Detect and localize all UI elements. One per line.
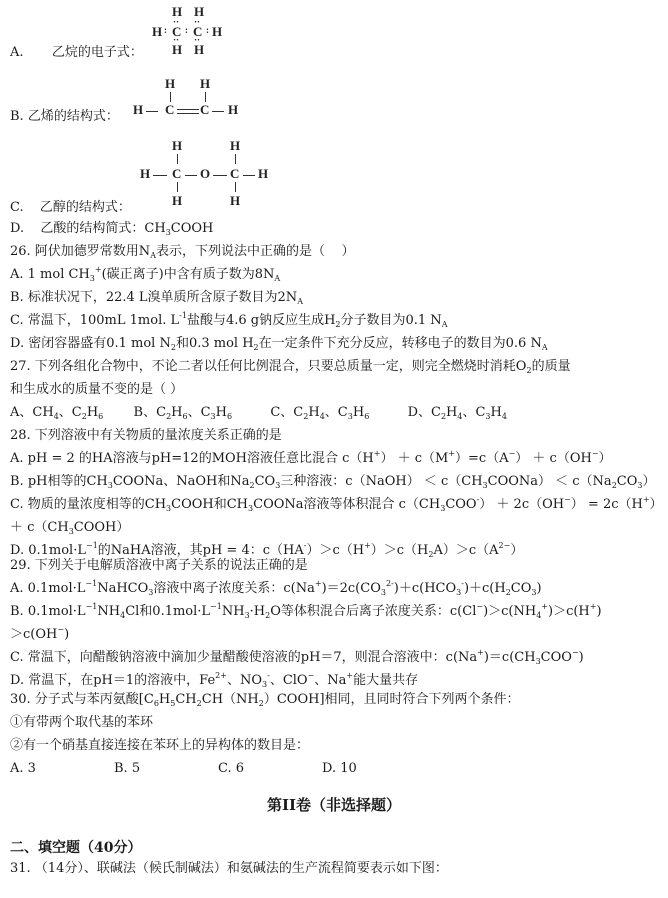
q27-option-b: B、C2H6、C3H6 (134, 405, 233, 420)
q28-option-a: A. pH = 2 的HA溶液与pH=12的MOH溶液任意比混合 c（H+） ＋… (10, 450, 612, 468)
option-d-acetic-acid: D. 乙酸的结构简式：CH3COOH (10, 220, 213, 238)
q27-options: A、CH4、C2H6 B、C2H6、C3H6 C、C2H4、C3H6 D、C2H… (10, 404, 507, 422)
q28-option-c-line2: ＋ c（CH3COOH） (10, 519, 129, 537)
q28-option-c-line1: C. 物质的量浓度相等的CH3COOH和CH3COONa溶液等体积混合 c（CH… (10, 496, 663, 514)
option-b-text: 乙烯的结构式： (28, 109, 119, 124)
q30-option-b: B. 5 (114, 760, 218, 778)
part2-title: 第II卷（非选择题） (0, 794, 668, 815)
q31-stem: 31. （14分）、联碱法（候氏制碱法）和氨碱法的生产流程简要表示如下图： (10, 860, 448, 878)
option-a-text: 乙烷的电子式： (52, 45, 143, 60)
option-c-label: C. (10, 200, 24, 215)
q30-option-a: A. 3 (10, 760, 114, 778)
q27-stem-line2: 和生成水的质量不变的是（ ） (10, 381, 183, 399)
q30-options: A. 3B. 5C. 6D. 10 (10, 760, 357, 778)
q29-option-d: D. 常温下，在pH＝1的溶液中，Fe2+、NO3-、ClO−、Na+能大量共存 (10, 672, 418, 690)
option-b-label: B. (10, 109, 24, 124)
q29-option-c: C. 常温下，向醋酸钠溶液中滴加少量醋酸使溶液的pH＝7，则混合溶液中：c(Na… (10, 649, 584, 667)
q30-option-d: D. 10 (322, 761, 357, 776)
q27-option-a: A、CH4、C2H6 (10, 405, 103, 420)
q27-option-c: C、C2H4、C3H6 (270, 405, 369, 420)
q30-condition-2: ②有一个硝基直接连接在苯环上的异构体的数目是： (10, 737, 309, 755)
q26-option-a: A. 1 mol CH3+(碳正离子)中含有质子数为8NA (10, 266, 280, 284)
q29-stem: 29. 下列关于电解质溶液中离子关系的说法正确的是 (10, 557, 308, 575)
q28-option-b: B. pH相等的CH3COONa、NaOH和Na2CO3三种溶液：c（NaOH）… (10, 473, 656, 491)
q26-option-c: C. 常温下，100mL 1mol. L-1盐酸与4.6 g钠反应生成H2分子数… (10, 312, 447, 330)
option-a-label: A. (10, 45, 24, 60)
ethanol-structural-formula: HH H C O C H HH (140, 138, 280, 210)
q30-option-c: C. 6 (218, 760, 322, 778)
q26-option-b: B. 标准状况下，22.4 L溴单质所含原子数目为2NA (10, 289, 303, 307)
q30-stem: 30. 分子式与苯丙氨酸[C6H5CH2CH（NH2）COOH]相同，且同时符合… (10, 691, 520, 709)
option-c-ethanol: C. 乙醇的结构式： (10, 199, 131, 217)
q30-condition-1: ①有带两个取代基的苯环 (10, 714, 153, 732)
q29-option-a: A. 0.1mol·L−1NaHCO3溶液中离子浓度关系：c(Na+)＝2c(C… (10, 580, 542, 598)
section2-title: 二、填空题（40分） (10, 837, 141, 857)
q27-stem-line1: 27. 下列各组化合物中，不论二者以任何比例混合，只要总质量一定，则完全燃烧时消… (10, 358, 571, 376)
option-b-ethylene: B. 乙烯的结构式： (10, 108, 119, 126)
ethylene-structural-formula: HH H C C H (133, 76, 243, 124)
q26-option-d: D. 密闭容器盛有0.1 mol N2和0.3 mol H2在一定条件下充分反应… (10, 335, 548, 353)
option-d-label: D. (10, 221, 24, 236)
q28-stem: 28. 下列溶液中有关物质的量浓度关系正确的是 (10, 427, 282, 445)
q26-stem: 26. 阿伏加德罗常数用NA表示，下列说法中正确的是（ ） (10, 243, 355, 261)
ethane-electron-formula: HH H : C : C : H ···· ···· HH (150, 4, 230, 60)
q27-option-d: D、C2H4、C3H4 (408, 405, 507, 420)
q29-option-b-line2: ＞c(OH−) (10, 626, 69, 644)
option-a-ethane: A. 乙烷的电子式： (10, 44, 143, 62)
option-d-text: 乙酸的结构简式： (40, 221, 144, 236)
q29-option-b-line1: B. 0.1mol·L−1NH4Cl和0.1mol·L−1NH3·H2O等体积混… (10, 603, 602, 621)
option-c-text: 乙醇的结构式： (40, 200, 131, 215)
